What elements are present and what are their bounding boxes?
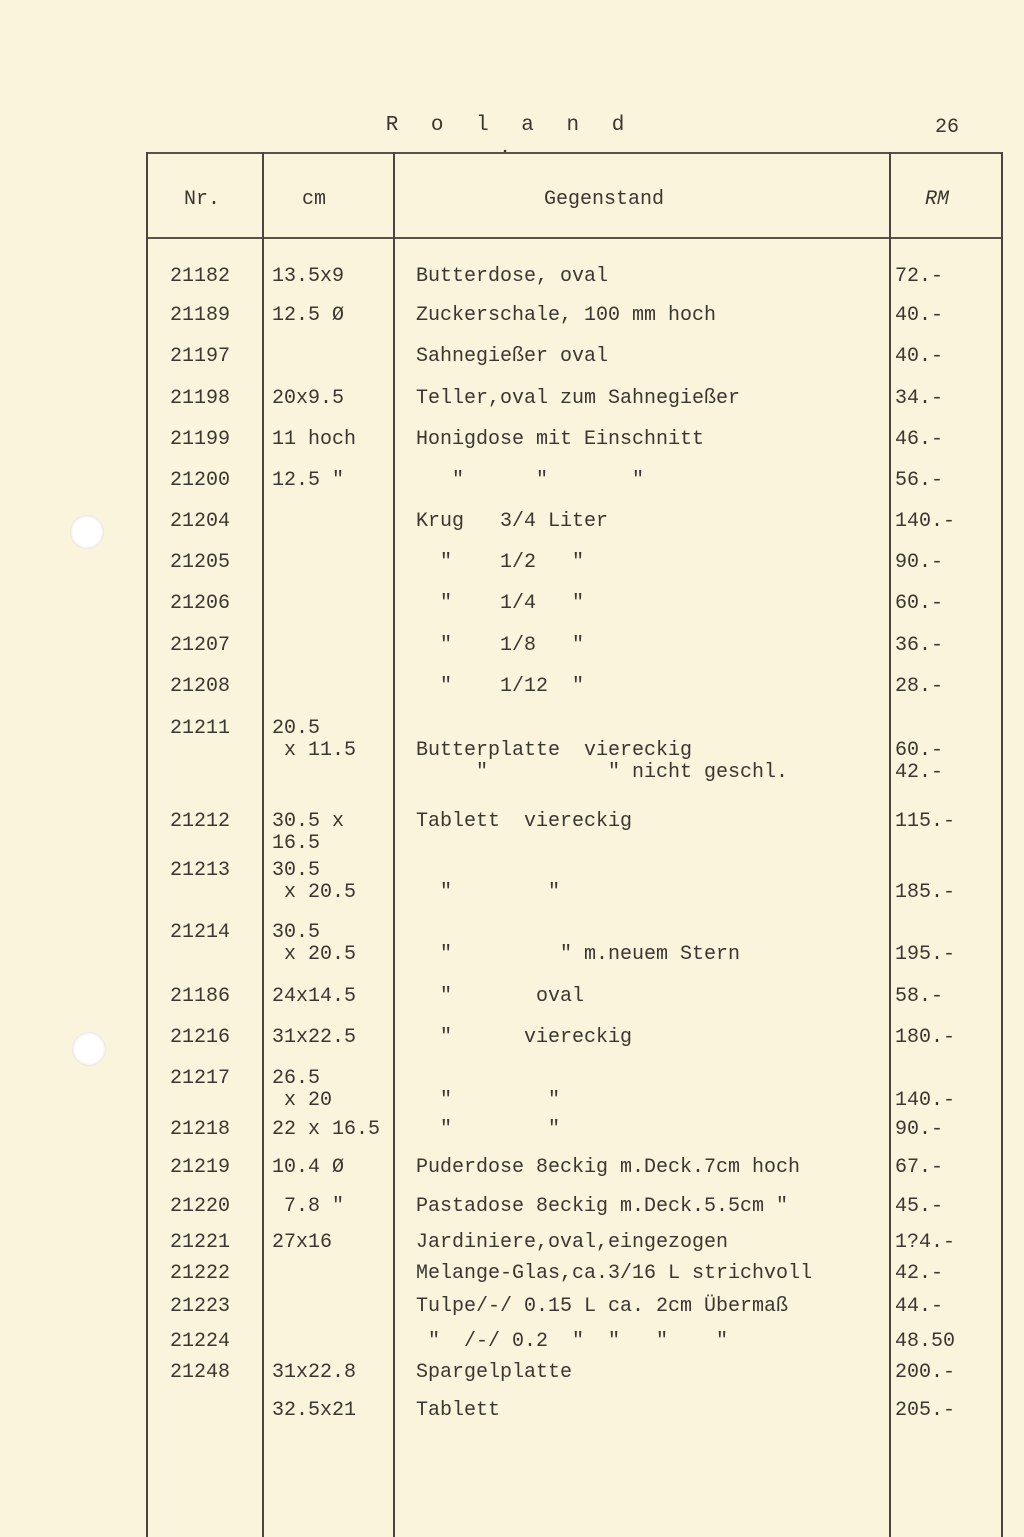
cell-cm: 20.5 x 11.5 (272, 718, 356, 762)
cell-nr: 21189 (170, 305, 230, 327)
cell-nr: 21199 (170, 429, 230, 451)
cell-item: Puderdose 8eckig m.Deck.7cm hoch (416, 1157, 800, 1179)
cell-item: Tablett (416, 1400, 500, 1422)
cell-price: 1?4.- (895, 1232, 955, 1254)
cell-item: Zuckerschale, 100 mm hoch (416, 305, 716, 327)
cell-nr: 21214 (170, 922, 230, 944)
cell-price: 185.- (895, 860, 955, 904)
cell-cm: 26.5 x 20 (272, 1068, 332, 1112)
cell-price: 48.50 (895, 1331, 955, 1353)
cell-nr: 21221 (170, 1232, 230, 1254)
cell-nr: 21204 (170, 511, 230, 533)
cell-price: 36.- (895, 635, 943, 657)
cell-item: Honigdose mit Einschnitt (416, 429, 704, 451)
header-item: Gegenstand (544, 188, 664, 211)
cell-nr: 21186 (170, 986, 230, 1008)
cell-nr: 21211 (170, 718, 230, 740)
header-cm: cm (302, 188, 326, 211)
cell-price: 200.- (895, 1362, 955, 1384)
cell-item: Pastadose 8eckig m.Deck.5.5cm " (416, 1196, 788, 1218)
cell-price: 90.- (895, 1119, 943, 1141)
cell-item: " 1/8 " (416, 635, 584, 657)
cell-item: Spargelplatte (416, 1362, 572, 1384)
page-number: 26 (935, 116, 959, 139)
cell-item: Butterplatte viereckig " " nicht geschl. (416, 718, 788, 784)
cell-item: Tulpe/-/ 0.15 L ca. 2cm Übermaß (416, 1296, 788, 1318)
cell-item: " " (416, 860, 560, 904)
column-rule-item-price (889, 152, 891, 1537)
cell-nr: 21206 (170, 593, 230, 615)
cell-cm: 31x22.5 (272, 1027, 356, 1049)
cell-nr: 21218 (170, 1119, 230, 1141)
cell-item: " /-/ 0.2 " " " " (416, 1331, 728, 1353)
cell-item: " viereckig (416, 1027, 632, 1049)
punch-hole-lower (72, 1032, 106, 1066)
cell-item: Krug 3/4 Liter (416, 511, 608, 533)
cell-nr: 21219 (170, 1157, 230, 1179)
cell-cm: 30.5 x 20.5 (272, 860, 356, 904)
cell-price: 56.- (895, 470, 943, 492)
header-bottom-rule (146, 237, 1003, 239)
cell-item: Teller,oval zum Sahnegießer (416, 388, 740, 410)
cell-cm: 11 hoch (272, 429, 356, 451)
cell-nr: 21198 (170, 388, 230, 410)
cell-nr: 21216 (170, 1027, 230, 1049)
cell-cm: 12.5 " (272, 470, 344, 492)
cell-cm: 20x9.5 (272, 388, 344, 410)
cell-nr: 21212 (170, 811, 230, 833)
cell-cm: 31x22.8 (272, 1362, 356, 1384)
cell-item: " oval (416, 986, 584, 1008)
cell-price: 205.- (895, 1400, 955, 1422)
cell-cm: 30.5 x 20.5 (272, 922, 356, 966)
cell-item: " " " (416, 470, 644, 492)
column-rule-nr-cm (262, 152, 264, 1537)
punch-hole-upper (70, 515, 104, 549)
cell-price: 45.- (895, 1196, 943, 1218)
cell-price: 115.- (895, 811, 955, 833)
cell-cm: 22 x 16.5 (272, 1119, 380, 1141)
cell-item: Jardiniere,oval,eingezogen (416, 1232, 728, 1254)
cell-price: 140.- (895, 1068, 955, 1112)
cell-price: 40.- (895, 305, 943, 327)
cell-price: 46.- (895, 429, 943, 451)
cell-cm: 24x14.5 (272, 986, 356, 1008)
cell-price: 90.- (895, 552, 943, 574)
cell-price: 28.- (895, 676, 943, 698)
cell-nr: 21208 (170, 676, 230, 698)
header-price: RM (925, 188, 949, 211)
cell-price: 72.- (895, 266, 943, 288)
cell-price: 67.- (895, 1157, 943, 1179)
cell-nr: 21224 (170, 1331, 230, 1353)
cell-nr: 21182 (170, 266, 230, 288)
cell-cm: 27x16 (272, 1232, 332, 1254)
cell-nr: 21213 (170, 860, 230, 882)
cell-nr: 21248 (170, 1362, 230, 1384)
cell-item: Butterdose, oval (416, 266, 608, 288)
cell-cm: 30.5 x 16.5 (272, 811, 344, 855)
cell-nr: 21220 (170, 1196, 230, 1218)
cell-item: " " (416, 1119, 560, 1141)
cell-item: " 1/2 " (416, 552, 584, 574)
cell-item: " " (416, 1068, 560, 1112)
cell-item: Melange-Glas,ca.3/16 L strichvoll (416, 1263, 812, 1285)
cell-nr: 21207 (170, 635, 230, 657)
cell-cm: 12.5 Ø (272, 305, 344, 327)
cell-item: " " m.neuem Stern (416, 922, 740, 966)
cell-price: 40.- (895, 346, 943, 368)
cell-cm: 10.4 Ø (272, 1157, 344, 1179)
cell-cm: 7.8 " (272, 1196, 344, 1218)
cell-item: " 1/12 " (416, 676, 584, 698)
cell-nr: 21217 (170, 1068, 230, 1090)
cell-nr: 21222 (170, 1263, 230, 1285)
cell-price: 60.- 42.- (895, 718, 943, 784)
cell-price: 44.- (895, 1296, 943, 1318)
cell-cm: 32.5x21 (272, 1400, 356, 1422)
cell-price: 195.- (895, 922, 955, 966)
column-rule-left (146, 152, 148, 1537)
cell-price: 34.- (895, 388, 943, 410)
cell-item: Sahnegießer oval (416, 346, 608, 368)
cell-item: Tablett viereckig (416, 811, 632, 833)
header-nr: Nr. (184, 188, 220, 211)
cell-price: 58.- (895, 986, 943, 1008)
cell-nr: 21197 (170, 346, 230, 368)
cell-price: 140.- (895, 511, 955, 533)
cell-nr: 21205 (170, 552, 230, 574)
cell-item: " 1/4 " (416, 593, 584, 615)
column-rule-cm-item (393, 152, 395, 1537)
cell-cm: 13.5x9 (272, 266, 344, 288)
column-rule-right (1001, 152, 1003, 1537)
table-top-rule (146, 152, 1003, 154)
cell-price: 42.- (895, 1263, 943, 1285)
cell-price: 60.- (895, 593, 943, 615)
cell-nr: 21223 (170, 1296, 230, 1318)
cell-nr: 21200 (170, 470, 230, 492)
cell-price: 180.- (895, 1027, 955, 1049)
document-page: R o l a n d . 26 Nr. cm Gegenstand RM 21… (0, 0, 1024, 1537)
